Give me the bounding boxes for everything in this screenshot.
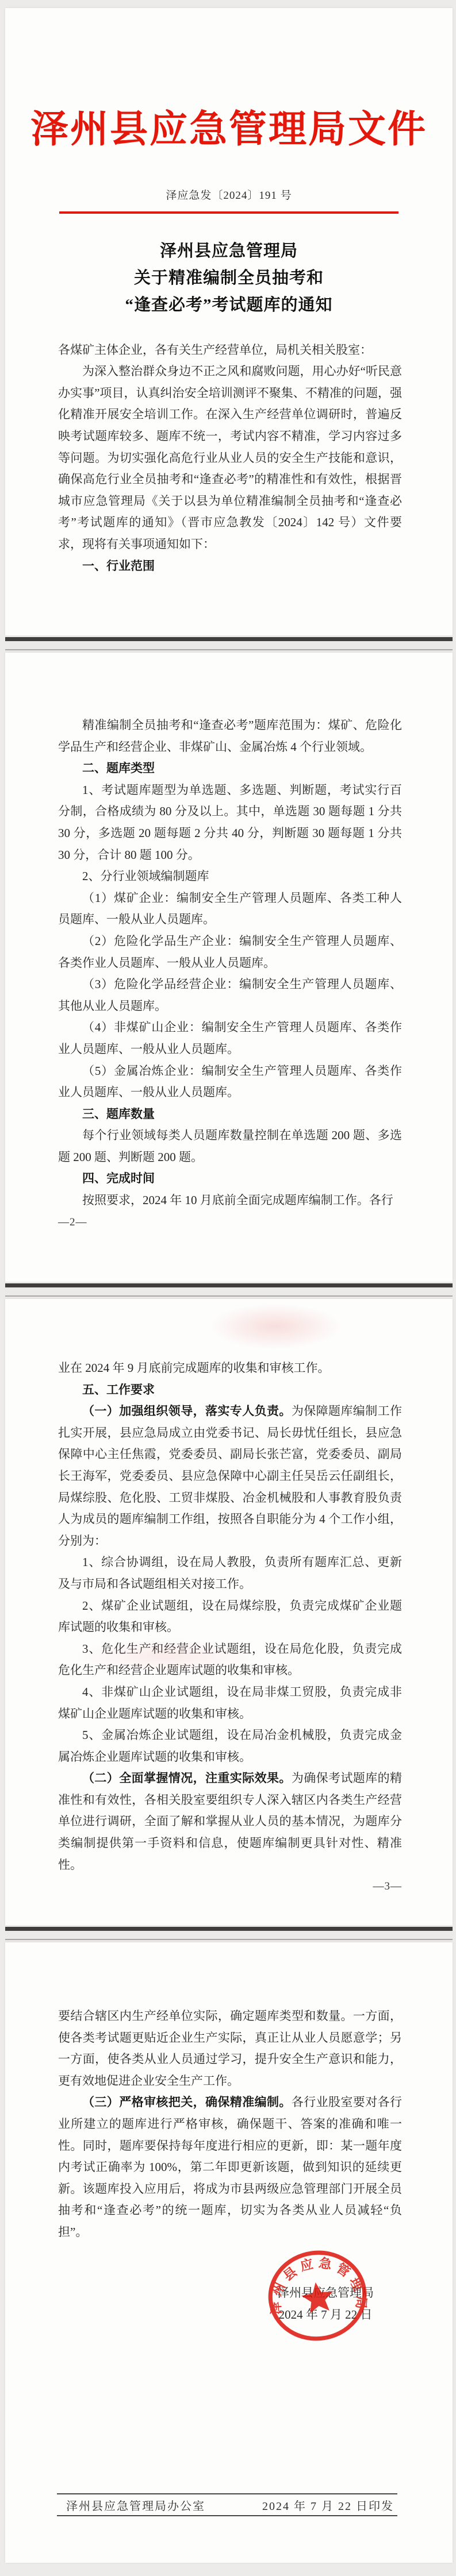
document-title: 泽州县应急管理局 关于精准编制全员抽考和 “逢查必考”考试题库的通知: [5, 238, 453, 319]
page-4: 要结合辖区内生产经单位实际，确定题库类型和数量。一方面，使各类考试题更贴近企业生…: [5, 1942, 453, 2563]
page-separator: [5, 1925, 453, 1942]
section-heading: 一、行业范围: [58, 556, 402, 577]
paragraph: 为深入整治群众身边不正之风和腐败问题，用心办好“听民意办实事”项目，认真纠治安全…: [58, 361, 402, 555]
paragraph: 4、非煤矿山企业试题组，设在局非煤工贸股，负责完成非煤矿山企业题库试题的收集和审…: [58, 1682, 402, 1725]
seal-text: 泽州县应急管理局: [262, 2249, 371, 2327]
document-root: 泽州县应急管理局文件 泽应急发〔2024〕191 号 泽州县应急管理局 关于精准…: [0, 8, 456, 2563]
page-separator: [5, 1282, 453, 1299]
paragraph: （二）全面掌握情况，注重实际效果。为确保考试题库的精准性和有效性，各相关股室要组…: [58, 1768, 402, 1876]
colophon-print-date: 2024 年 7 月 22 日印发: [262, 2497, 394, 2513]
page-4-body: 要结合辖区内生产经单位实际，确定题库类型和数量。一方面，使各类考试题更贴近企业生…: [5, 1942, 453, 2243]
paragraph: 按照要求，2024 年 10 月底前全面完成题库编制工作。各行: [58, 1190, 402, 1212]
paragraph: （三）严格审核把关，确保精准编制。各行业股室要对各行业所建立的题库进行严格审核，…: [58, 2092, 402, 2243]
page-2-body: 精准编制全员抽考和“逢查必考”题库范围为：煤矿、危险化学品生产和经营企业、非煤矿…: [5, 653, 453, 1233]
page-separator: [5, 635, 453, 653]
paragraph: 精准编制全员抽考和“逢查必考”题库范围为：煤矿、危险化学品生产和经营企业、非煤矿…: [58, 715, 402, 758]
org-header: 泽州县应急管理局文件: [5, 109, 453, 151]
signature-date: 2024 年 7 月 22 日: [242, 2305, 409, 2323]
red-divider: [59, 211, 398, 214]
paragraph: （2）危险化学品生产企业：编制安全生产管理人员题库、各类作业人员题库、一般从业人…: [58, 931, 402, 974]
page-2: 精准编制全员抽考和“逢查必考”题库范围为：煤矿、危险化学品生产和经营企业、非煤矿…: [5, 653, 453, 1282]
colophon: 泽州县应急管理局办公室 2024 年 7 月 22 日印发: [57, 2493, 397, 2516]
title-line-1: 泽州县应急管理局: [5, 238, 453, 265]
title-line-3: “逢查必考”考试题库的通知: [5, 292, 453, 319]
paragraph: 每个行业领域每类人员题库数量控制在单选题 200 题、多选题 200 题、判断题…: [58, 1125, 402, 1168]
paragraph: （3）危险化学品经营企业：编制安全生产管理人员题库、其他从业人员题库。: [58, 974, 402, 1017]
paragraph: 各煤矿主体企业，各有关生产经营单位，局机关相关股室：: [58, 340, 402, 361]
svg-text:泽州县应急管理局: 泽州县应急管理局: [262, 2249, 371, 2327]
paragraph: 3、危化生产和经营企业试题组，设在局危化股，负责完成危化生产和经营企业题库试题的…: [58, 1638, 402, 1682]
page-1-body: 各煤矿主体企业，各有关生产经营单位，局机关相关股室：为深入整治群众身边不正之风和…: [5, 340, 453, 577]
doc-number: 泽应急发〔2024〕191 号: [5, 187, 453, 202]
page-number: —3—: [58, 1876, 402, 1898]
paragraph: 5、金属冶炼企业试题组，设在局冶金机械股，负责完成金属冶炼企业题库试题的收集和审…: [58, 1725, 402, 1768]
page-number: —2—: [58, 1212, 402, 1233]
section-heading: 三、题库数量: [58, 1104, 402, 1125]
section-heading: 五、工作要求: [58, 1379, 402, 1401]
paragraph: 1、综合协调组，设在局人教股，负责所有题库汇总、更新及与市局和各试题组相关对接工…: [58, 1552, 402, 1595]
paragraph: 2、煤矿企业试题组，设在局煤综股，负责完成煤矿企业题库试题的收集和审核。: [58, 1595, 402, 1638]
title-line-2: 关于精准编制全员抽考和: [5, 265, 453, 292]
paragraph: （5）金属冶炼企业：编制安全生产管理人员题库、各类作业人员题库、一般从业人员题库…: [58, 1061, 402, 1104]
signature-org: 泽州县应急管理局: [242, 2284, 409, 2301]
colophon-office: 泽州县应急管理局办公室: [66, 2497, 205, 2513]
page-3-body: 业在 2024 年 9 月底前完成题库的收集和审核工作。五、工作要求（一）加强组…: [5, 1299, 453, 1898]
paragraph: （一）加强组织领导，落实专人负责。为保障题库编制工作扎实开展，县应急局成立由党委…: [58, 1401, 402, 1552]
paragraph: （4）非煤矿山企业：编制安全生产管理人员题库、各类作业人员题库、一般从业人员题库…: [58, 1017, 402, 1060]
page-3: 业在 2024 年 9 月底前完成题库的收集和审核工作。五、工作要求（一）加强组…: [5, 1299, 453, 1925]
section-heading: 四、完成时间: [58, 1168, 402, 1190]
paragraph: 要结合辖区内生产经单位实际，确定题库类型和数量。一方面，使各类考试题更贴近企业生…: [58, 2006, 402, 2092]
paragraph: 2、分行业领域编制题库: [58, 866, 402, 888]
official-seal-icon: 泽州县应急管理局: [258, 2242, 377, 2349]
paragraph: 1、考试题库题型为单选题、多选题、判断题，考试实行百分制，合格成绩为 80 分及…: [58, 780, 402, 866]
page-1: 泽州县应急管理局文件 泽应急发〔2024〕191 号 泽州县应急管理局 关于精准…: [5, 8, 453, 635]
section-heading: 二、题库类型: [58, 758, 402, 780]
paragraph: 业在 2024 年 9 月底前完成题库的收集和审核工作。: [58, 1358, 402, 1379]
paragraph: （1）煤矿企业：编制安全生产管理人员题库、各类工种人员题库、一般从业人员题库。: [58, 888, 402, 931]
